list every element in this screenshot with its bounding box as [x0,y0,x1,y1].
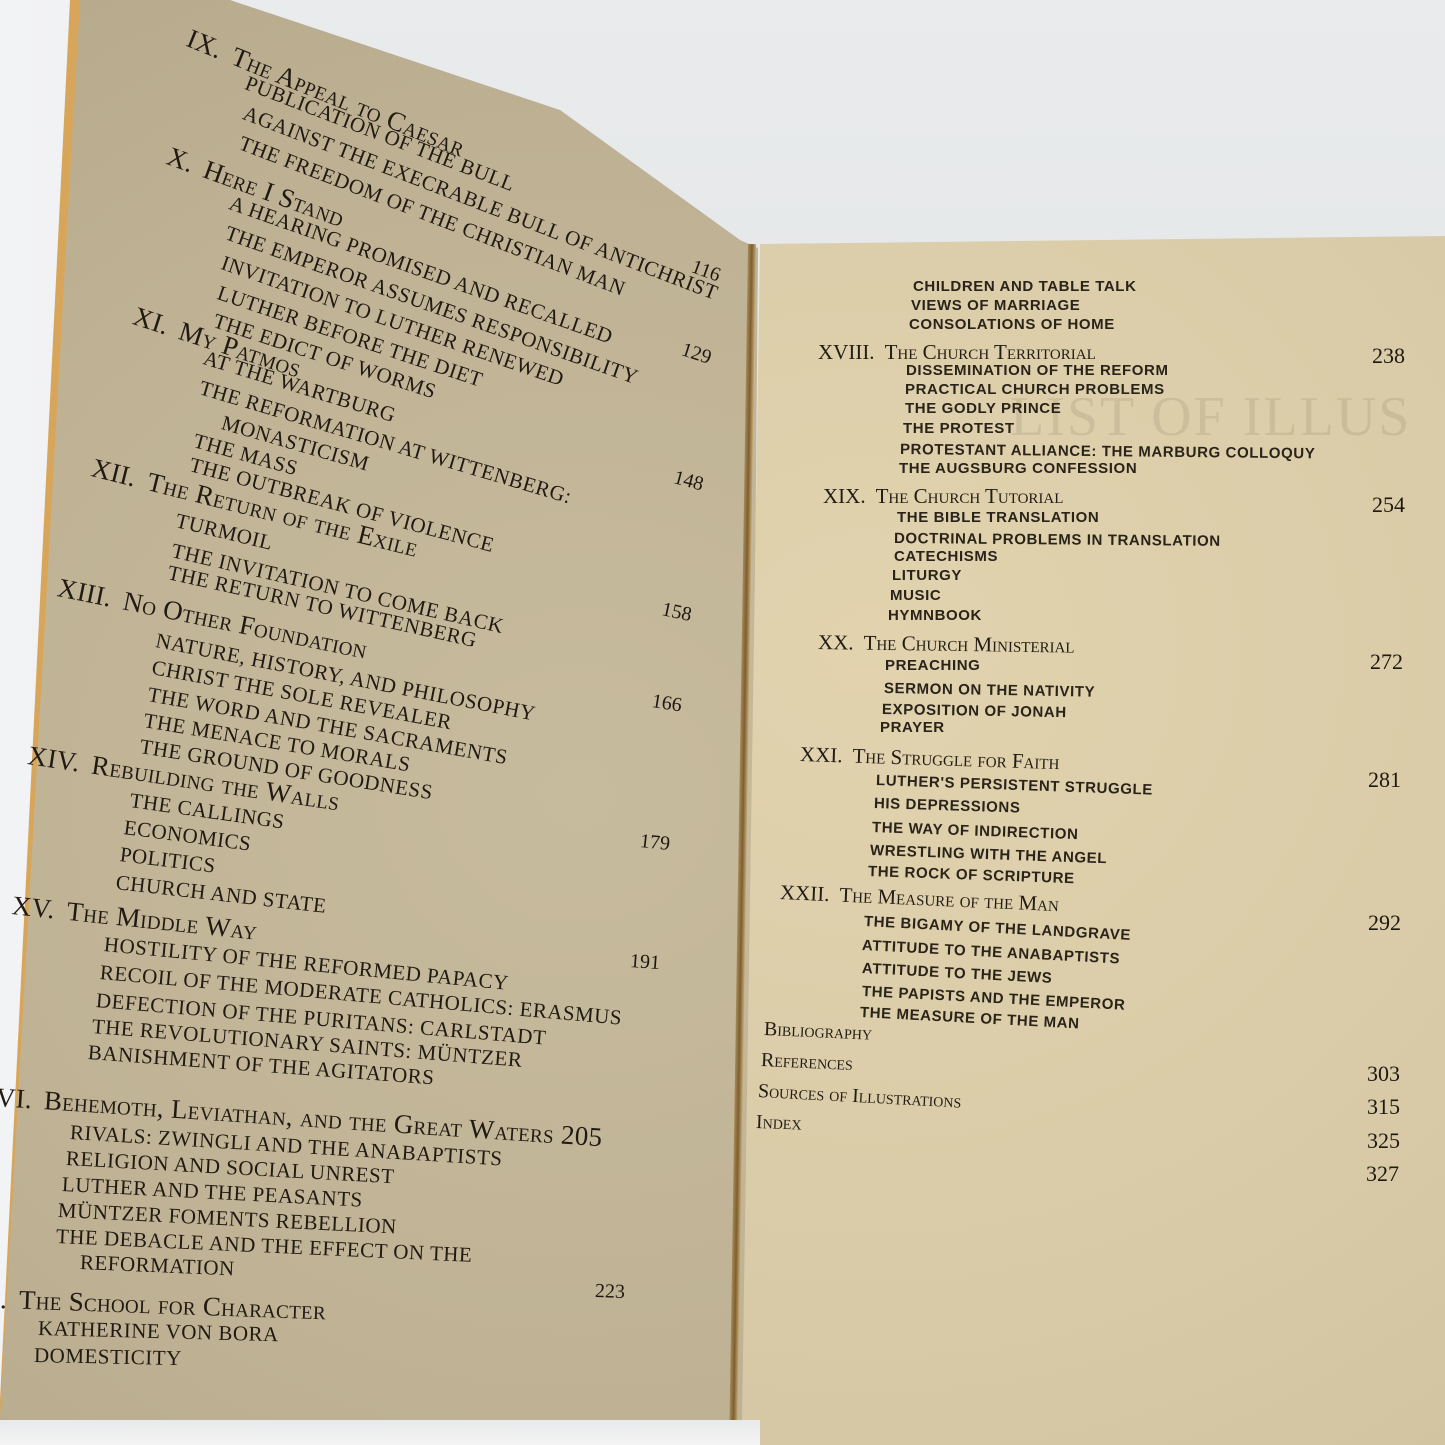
section-item: Music [890,587,941,604]
back-matter-references: References [760,1049,853,1076]
page-number: 223 [595,1280,626,1304]
section-item: Prayer [880,719,945,736]
chapter-number: XV. [10,890,56,924]
page-number: 325 [1367,1128,1400,1154]
section-item: Views of marriage [911,297,1080,314]
section-item: Practical church problems [905,381,1165,398]
chapter-number: . [0,1284,8,1314]
chapter-number: XIV. [26,740,82,777]
chapter-heading: XX.The Church Ministerial [818,630,1075,659]
chapter-title: The Church Territorial [885,340,1096,364]
page-number: 292 [1368,910,1401,936]
chapter-number: XXII. [779,880,830,907]
section-item: The protest [903,420,1015,437]
page-number: 315 [1367,1094,1400,1120]
chapter-title: The Struggle for Faith [852,744,1060,774]
section-item: Liturgy [892,567,962,584]
page-number: 272 [1370,649,1403,675]
page-number: 303 [1367,1061,1400,1087]
page-number: 179 [639,830,671,856]
section-item: Catechisms [894,548,998,565]
section-item: The godly prince [905,400,1061,417]
page-number: 281 [1368,767,1401,793]
chapter-title: The Church Tutorial [876,484,1064,508]
section-item: Consolations of home [909,316,1115,333]
chapter-number: VI. [0,1082,33,1114]
chapter-number: XVIII. [818,340,875,365]
section-item: Doctrinal problems in translation [894,530,1221,550]
section-item: Children and table talk [913,278,1137,295]
page-number: 254 [1372,492,1405,518]
section-item: Preaching [885,657,980,674]
chapter-title: The Church Ministerial [863,631,1074,658]
section-item: The Augsburg confession [899,460,1137,477]
page-number: 191 [629,950,661,975]
chapter-heading: XIX.The Church Tutorial [823,484,1063,509]
section-item: Dissemination of the reform [906,362,1169,379]
section-item: The Bible translation [897,509,1099,526]
page-number: 205 [560,1120,603,1153]
chapter-number: XIX. [823,484,866,509]
back-matter-index: Index [756,1111,802,1136]
page-number: 238 [1372,343,1405,369]
chapter-number: XXI. [800,742,843,768]
section-item: Hymnbook [888,607,982,624]
bottom-background [0,1420,760,1445]
chapter-number: XX. [818,630,854,655]
back-matter-bibliography: Bibliography [763,1018,872,1046]
page-number: 327 [1366,1161,1399,1187]
section-item: Domesticity [34,1343,182,1371]
page-number: 166 [650,690,683,717]
